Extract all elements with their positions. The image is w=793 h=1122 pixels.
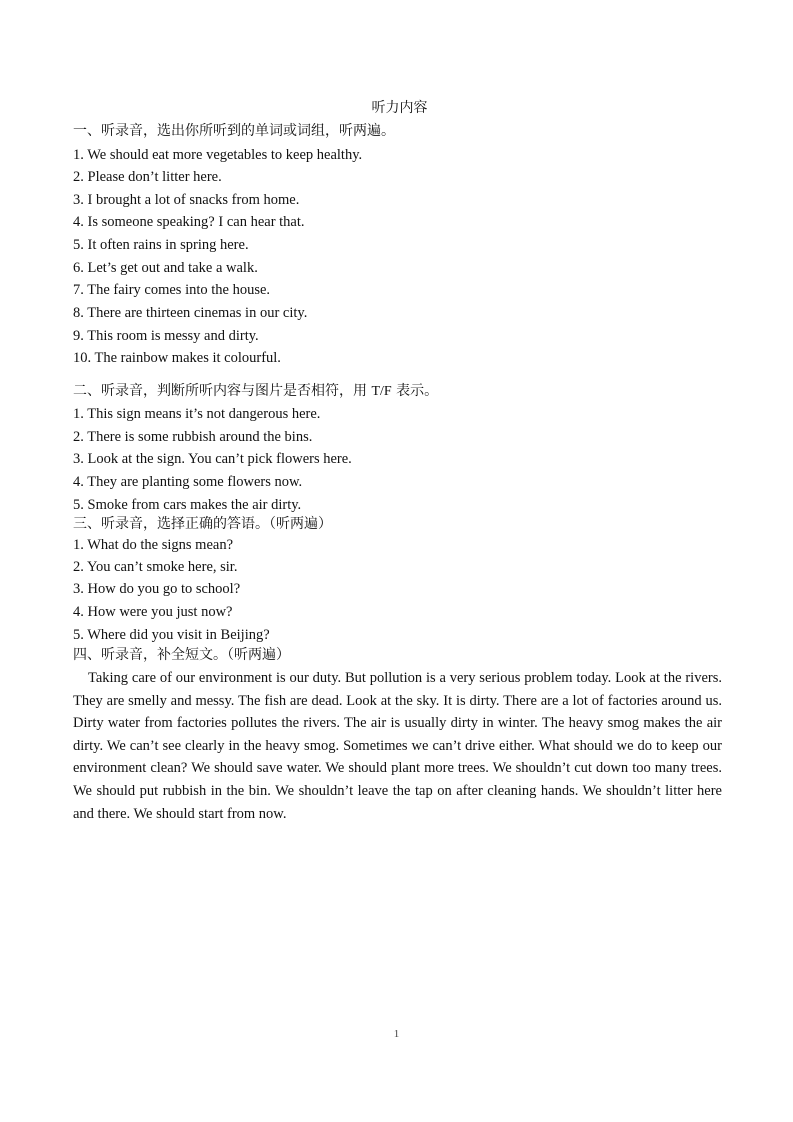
- section-3-item: 5. Where did you visit in Beijing?: [73, 625, 270, 645]
- section-2-item: 4. They are planting some flowers now.: [73, 472, 302, 492]
- section-3-item: 1. What do the signs mean?: [73, 535, 233, 555]
- section-1-item: 1. We should eat more vegetables to keep…: [73, 145, 362, 165]
- section-2-item: 5. Smoke from cars makes the air dirty.: [73, 495, 301, 515]
- section-4-heading: 四、听录音，补全短文。（听两遍）: [73, 645, 290, 665]
- section-2-item: 2. There is some rubbish around the bins…: [73, 427, 312, 447]
- section-2-heading-prefix: 二、听录音，判断所听内容与图片是否相符，用: [73, 383, 371, 399]
- section-3-heading: 三、听录音，选择正确的答语。（听两遍）: [73, 514, 332, 534]
- section-2-heading-latin: T/F: [371, 384, 391, 399]
- section-4-paragraph: Taking care of our environment is our du…: [73, 667, 722, 825]
- section-1-item: 3. I brought a lot of snacks from home.: [73, 190, 299, 210]
- section-1-item: 4. Is someone speaking? I can hear that.: [73, 212, 305, 232]
- section-2-item: 1. This sign means it’s not dangerous he…: [73, 404, 320, 424]
- page-number: 1: [0, 1028, 793, 1040]
- section-1-item: 9. This room is messy and dirty.: [73, 326, 259, 346]
- section-3-item: 2. You can’t smoke here, sir.: [73, 557, 237, 577]
- section-1-item: 5. It often rains in spring here.: [73, 235, 249, 255]
- document-page: 听力内容 一、听录音，选出你所听到的单词或词组，听两遍。 1. We shoul…: [0, 0, 793, 1122]
- section-2-item: 3. Look at the sign. You can’t pick flow…: [73, 449, 352, 469]
- section-1-heading: 一、听录音，选出你所听到的单词或词组，听两遍。: [73, 121, 395, 141]
- section-1-item: 7. The fairy comes into the house.: [73, 280, 270, 300]
- section-1-item: 8. There are thirteen cinemas in our cit…: [73, 303, 307, 323]
- section-2-heading-suffix: 表示。: [392, 383, 438, 399]
- section-1-item: 10. The rainbow makes it colourful.: [73, 348, 281, 368]
- section-1-item: 6. Let’s get out and take a walk.: [73, 258, 258, 278]
- section-3-item: 3. How do you go to school?: [73, 579, 240, 599]
- section-3-item: 4. How were you just now?: [73, 602, 232, 622]
- section-2-heading: 二、听录音，判断所听内容与图片是否相符，用 T/F 表示。: [73, 381, 438, 402]
- section-1-item: 2. Please don’t litter here.: [73, 167, 222, 187]
- document-title: 听力内容: [0, 98, 793, 118]
